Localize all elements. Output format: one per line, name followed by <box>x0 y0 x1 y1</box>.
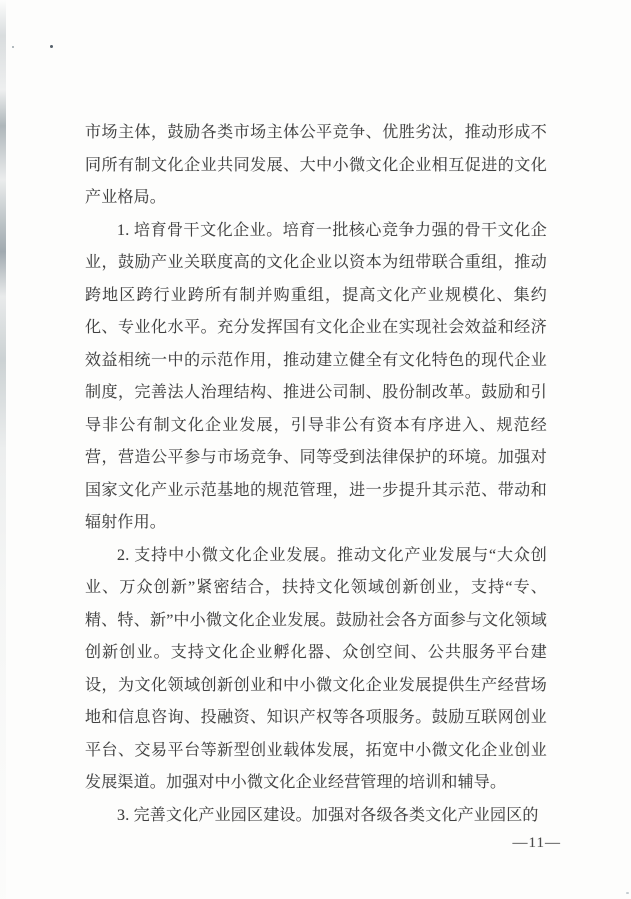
scan-speck <box>50 45 53 48</box>
scan-edge-artifact <box>0 0 6 899</box>
scan-speck <box>12 46 14 48</box>
paragraph-item-1: 1. 培育骨干文化企业。培育一批核心竞争力强的骨干文化企业，鼓励产业关联度高的文… <box>85 215 547 540</box>
scanned-document-page: 市场主体，鼓励各类市场主体公平竞争、优胜劣汰，推动形成不同所有制文化企业共同发展… <box>0 0 631 899</box>
page-number: —11— <box>513 835 561 852</box>
scan-speck <box>626 892 629 894</box>
document-body: 市场主体，鼓励各类市场主体公平竞争、优胜劣汰，推动形成不同所有制文化企业共同发展… <box>85 117 547 832</box>
paragraph-continuation: 市场主体，鼓励各类市场主体公平竞争、优胜劣汰，推动形成不同所有制文化企业共同发展… <box>85 117 547 215</box>
paragraph-item-3: 3. 完善文化产业园区建设。加强对各级各类文化产业园区的 <box>85 800 547 833</box>
paragraph-item-2: 2. 支持中小微文化企业发展。推动文化产业发展与“大众创业、万众创新”紧密结合，… <box>85 540 547 800</box>
